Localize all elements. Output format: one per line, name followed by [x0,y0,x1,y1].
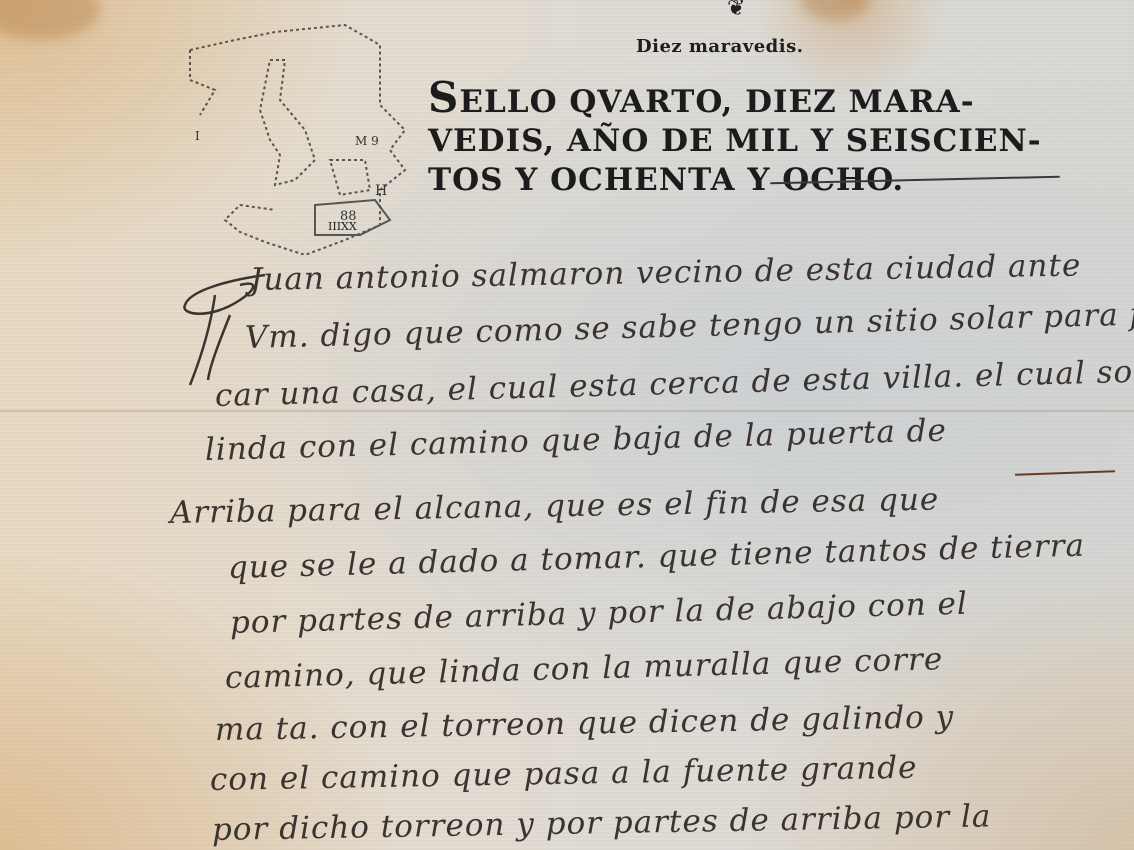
manuscript-line-8: camino, que linda con la muralla que cor… [225,641,944,696]
manuscript-line-7: por partes de arriba y por la de abajo c… [230,586,969,641]
manuscript-line-9: ma ta. con el torreon que dicen de galin… [215,699,955,748]
handwritten-text: Juan antonio salmaron vecino de esta ciu… [0,0,1134,850]
manuscript-line-10: con el camino que pasa a la fuente grand… [210,750,918,798]
strikethrough-stroke [1015,470,1115,475]
manuscript-line-11: por dicho torreon y por partes de arriba… [212,798,992,848]
manuscript-line-1: Juan antonio salmaron vecino de esta ciu… [250,247,1082,298]
manuscript-line-3: car una casa, el cual esta cerca de esta… [215,353,1134,414]
document-page: I M 9 H 88 IIIXX ❦ Diez maravedis. SELLO… [0,0,1134,850]
manuscript-line-6: que se le a dado a tomar. que tiene tant… [228,528,1086,586]
manuscript-line-5: Arriba para el alcana, que es el fin de … [170,482,940,531]
manuscript-line-2: Vm. digo que como se sabe tengo un sitio… [245,294,1134,356]
manuscript-line-4: linda con el camino que baja de la puert… [205,413,948,468]
